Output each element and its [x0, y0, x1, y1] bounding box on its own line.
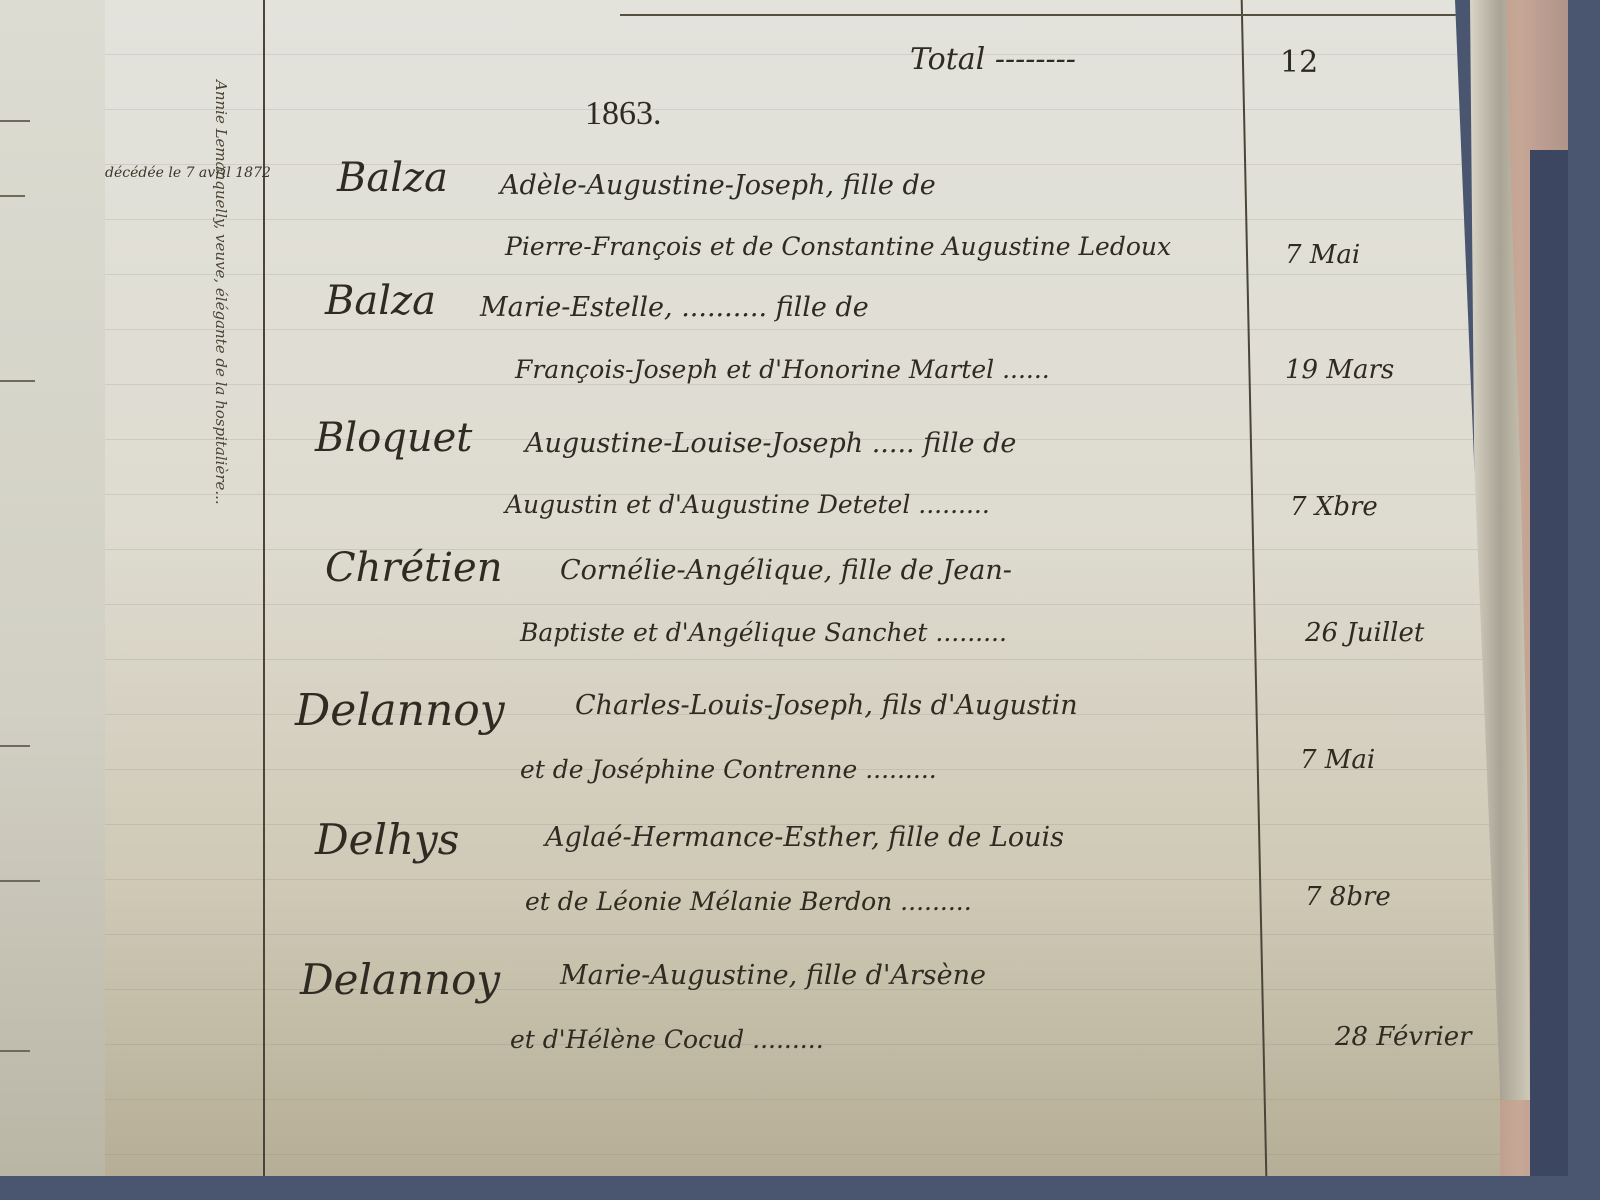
entry-given-names: Marie-Augustine, fille d'Arsène: [560, 960, 986, 991]
entry-date: 7 Xbre: [1290, 492, 1378, 522]
entry-given-names: Cornélie-Angélique, fille de Jean-: [560, 555, 1012, 586]
entry-parents: François-Joseph et d'Honorine Martel ...…: [515, 355, 1050, 384]
entry-parents: Pierre-François et de Constantine August…: [505, 232, 1171, 261]
entry-parents: Baptiste et d'Angélique Sanchet ........…: [520, 618, 1007, 647]
entry-date: 7 Mai: [1300, 745, 1375, 775]
entry-parents: et de Léonie Mélanie Berdon .........: [525, 887, 972, 916]
year-heading: 1863.: [585, 95, 662, 133]
entry-given-names: Charles-Louis-Joseph, fils d'Augustin: [575, 690, 1078, 721]
facing-page-ink-mark: [0, 120, 30, 122]
entry-date: 7 Mai: [1285, 240, 1360, 270]
entry-date: 28 Février: [1335, 1022, 1472, 1052]
entry-surname: Balza: [337, 155, 448, 201]
facing-page: [0, 0, 107, 1176]
photo-scene: Total -------- 12 1863. décédée le 7 avr…: [0, 0, 1568, 1176]
entry-date: 19 Mars: [1285, 355, 1394, 385]
entry-date: 7 8bre: [1305, 882, 1391, 912]
entry-surname: Balza: [325, 278, 436, 324]
facing-page-ink-mark: [0, 1050, 30, 1052]
total-top-rule: [620, 14, 1500, 16]
entry-surname: Delhys: [315, 815, 459, 864]
facing-page-ink-mark: [0, 745, 30, 747]
entry-surname: Delannoy: [300, 955, 500, 1004]
entry-parents: et de Joséphine Contrenne .........: [520, 755, 937, 784]
facing-page-ink-mark: [0, 195, 25, 197]
total-label: Total --------: [910, 42, 1076, 77]
margin-note-horizontal: décédée le 7 avril 1872: [105, 165, 271, 181]
entry-given-names: Adèle-Augustine-Joseph, fille de: [500, 170, 936, 201]
entry-given-names: Marie-Estelle, .......... fille de: [480, 292, 869, 323]
entry-given-names: Aglaé-Hermance-Esther, fille de Louis: [545, 822, 1064, 853]
entry-surname: Delannoy: [295, 685, 505, 736]
entry-parents: et d'Hélène Cocud .........: [510, 1025, 824, 1054]
facing-page-ink-mark: [0, 880, 40, 882]
margin-note-vertical: Annie Lemanquelly, veuve, élégante de la…: [212, 80, 230, 505]
entry-date: 26 Juillet: [1305, 618, 1424, 648]
entry-parents: Augustin et d'Augustine Detetel ........…: [505, 490, 990, 519]
entry-given-names: Augustine-Louise-Joseph ..... fille de: [525, 428, 1016, 459]
entry-surname: Chrétien: [325, 545, 502, 591]
facing-page-ink-mark: [0, 380, 35, 382]
background-surface: [1530, 150, 1568, 1176]
total-value: 12: [1280, 45, 1318, 80]
register-page: Total -------- 12 1863. décédée le 7 avr…: [105, 0, 1505, 1176]
entry-surname: Bloquet: [315, 415, 472, 461]
